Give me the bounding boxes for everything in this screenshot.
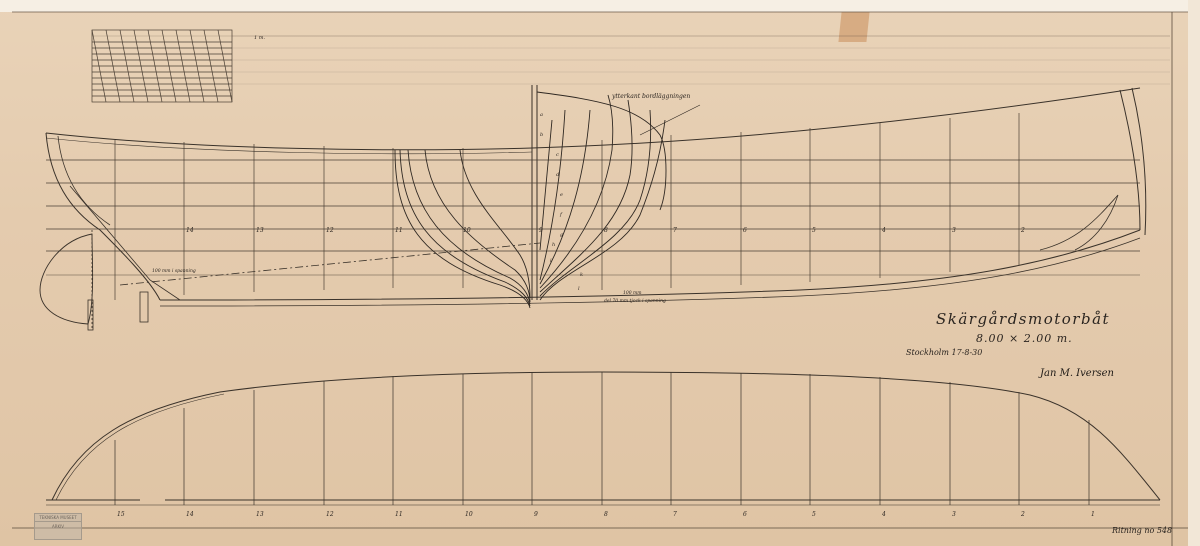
outer-edge-label: ytterkant bordläggningen bbox=[611, 93, 690, 100]
svg-text:b: b bbox=[540, 132, 543, 138]
svg-text:13: 13 bbox=[256, 227, 264, 234]
signature: Jan M. Iversen bbox=[1040, 368, 1114, 379]
svg-text:h: h bbox=[552, 242, 555, 248]
scale-label: 1 m. bbox=[254, 35, 266, 41]
svg-text:3: 3 bbox=[952, 511, 956, 518]
drawing-number: Ritning no 548 bbox=[1112, 526, 1172, 535]
plan-view bbox=[46, 372, 1160, 505]
svg-text:12: 12 bbox=[326, 227, 334, 234]
svg-text:l: l bbox=[578, 286, 580, 292]
svg-text:7: 7 bbox=[673, 511, 677, 518]
centerline-dash bbox=[120, 243, 540, 285]
svg-text:4: 4 bbox=[881, 511, 886, 518]
svg-text:g: g bbox=[560, 232, 563, 238]
svg-text:a: a bbox=[540, 112, 543, 118]
place-date: Stockholm 17-8-30 bbox=[906, 348, 982, 357]
profile-station-labels: 14 13 12 11 10 9 8 7 6 5 4 3 2 bbox=[186, 227, 1025, 234]
svg-text:2: 2 bbox=[1020, 511, 1025, 518]
svg-text:12: 12 bbox=[326, 511, 334, 518]
rudder bbox=[40, 234, 93, 324]
stamp-line-1: TEKNISKA MUSEET bbox=[35, 514, 81, 522]
svg-text:6: 6 bbox=[743, 227, 747, 234]
svg-text:9: 9 bbox=[539, 227, 543, 234]
svg-text:5: 5 bbox=[812, 511, 816, 518]
rib-note-lower: del 70 mm tjock i spanning bbox=[604, 298, 666, 304]
keel-line bbox=[160, 230, 1140, 300]
rib-note-upper: 100 mm bbox=[623, 290, 642, 296]
half-breadth-curve bbox=[52, 372, 1160, 500]
svg-text:13: 13 bbox=[256, 511, 264, 518]
stern-note: 100 mm i spanning bbox=[152, 268, 196, 274]
svg-text:11: 11 bbox=[395, 227, 403, 234]
sheer-line bbox=[46, 88, 1140, 150]
svg-text:9: 9 bbox=[534, 511, 538, 518]
svg-text:14: 14 bbox=[186, 511, 194, 518]
svg-text:6: 6 bbox=[743, 511, 747, 518]
svg-text:3: 3 bbox=[952, 227, 956, 234]
svg-text:e: e bbox=[560, 192, 563, 198]
svg-text:8: 8 bbox=[604, 227, 608, 234]
stamp-line-2: ARKIV bbox=[35, 522, 81, 531]
waterline-labels: a b c d e f g h i k l bbox=[540, 112, 583, 292]
svg-text:15: 15 bbox=[117, 511, 125, 518]
svg-text:k: k bbox=[580, 272, 583, 278]
svg-text:1: 1 bbox=[1091, 511, 1095, 518]
svg-text:2: 2 bbox=[1020, 227, 1025, 234]
svg-text:8: 8 bbox=[604, 511, 608, 518]
archive-stamp: TEKNISKA MUSEET ARKIV bbox=[34, 513, 82, 540]
svg-text:5: 5 bbox=[812, 227, 816, 234]
lines-plan-drawing: 14 13 12 11 10 9 8 7 6 5 4 3 2 15 14 13 … bbox=[0, 0, 1200, 546]
drawing-title: Skärgårdsmotorbåt bbox=[936, 310, 1110, 328]
svg-text:7: 7 bbox=[673, 227, 677, 234]
svg-text:f: f bbox=[559, 212, 563, 218]
svg-text:4: 4 bbox=[881, 227, 886, 234]
svg-text:10: 10 bbox=[463, 227, 471, 234]
svg-text:11: 11 bbox=[395, 511, 403, 518]
svg-text:d: d bbox=[556, 172, 559, 178]
boat-dimensions: 8.00 × 2.00 m. bbox=[976, 332, 1073, 345]
plan-station-labels: 15 14 13 12 11 10 9 8 7 6 5 4 3 2 1 bbox=[117, 511, 1095, 518]
svg-text:10: 10 bbox=[465, 511, 473, 518]
profile-waterlines bbox=[46, 160, 1140, 275]
svg-text:c: c bbox=[556, 152, 559, 158]
svg-text:14: 14 bbox=[186, 227, 194, 234]
